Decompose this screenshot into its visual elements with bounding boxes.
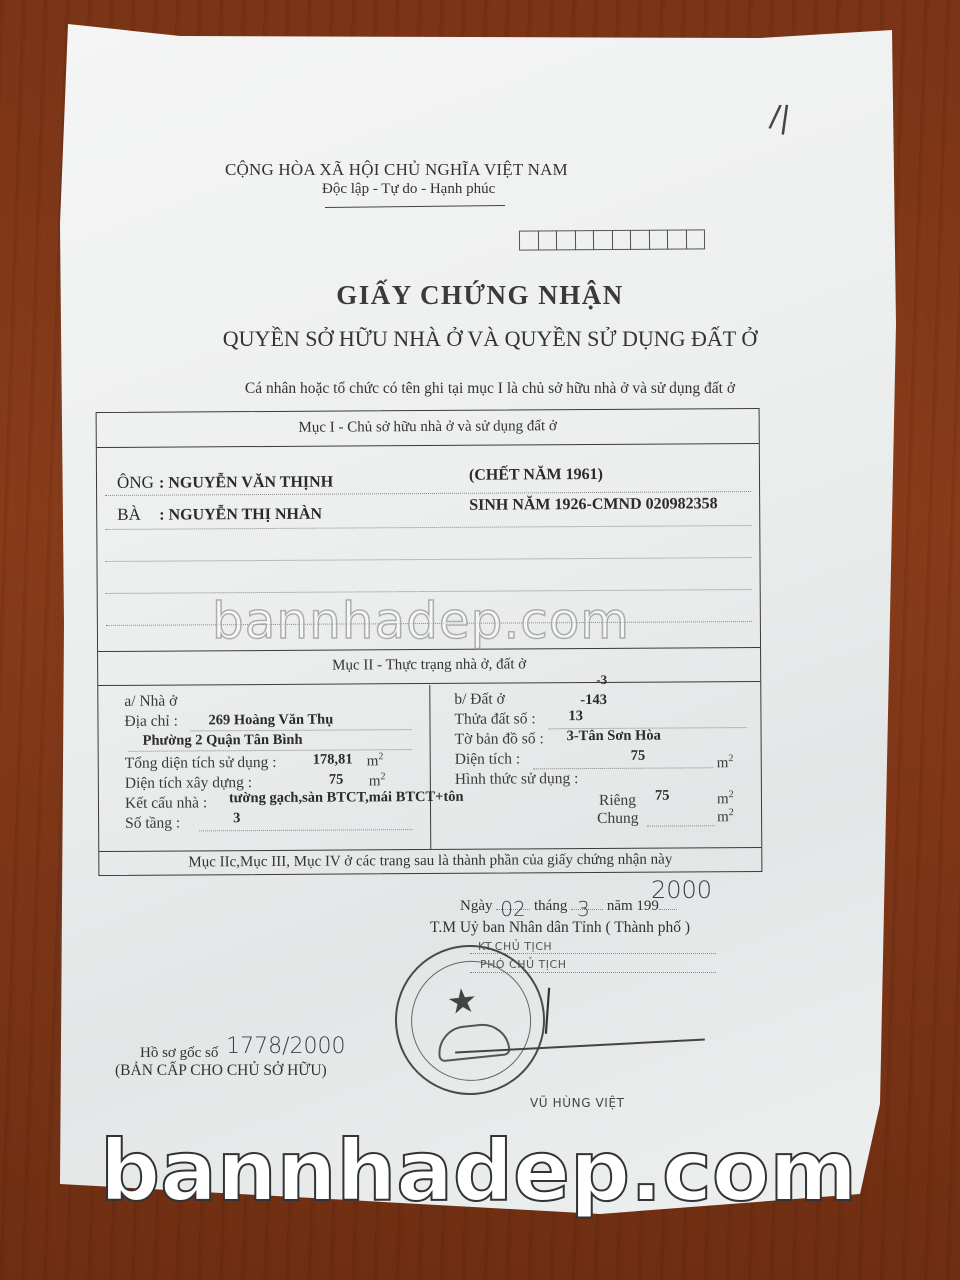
total-area-label: Tổng diện tích sử dụng : bbox=[125, 754, 277, 773]
emblem-icon bbox=[436, 1021, 511, 1062]
owner-row-wife: BÀ: NGUYỄN THỊ NHÀN bbox=[117, 504, 322, 525]
plot-value: 13 bbox=[568, 708, 583, 725]
floors-label: Số tầng : bbox=[125, 815, 180, 833]
divider bbox=[97, 443, 759, 448]
usage-label: Hình thức sử dụng : bbox=[455, 770, 579, 789]
fold-line bbox=[58, 120, 59, 1140]
day-label: Ngày bbox=[460, 898, 493, 914]
owner-note: SINH NĂM 1926-CMND 020982358 bbox=[469, 495, 718, 515]
total-area-value: 178,81 bbox=[313, 751, 353, 768]
address-line-1: 269 Hoàng Văn Thụ bbox=[208, 712, 333, 730]
dotted-line bbox=[105, 525, 751, 530]
nation-motto: Độc lập - Tự do - Hạnh phúc bbox=[322, 181, 495, 198]
unit-m2: m2 bbox=[717, 807, 734, 826]
private-value: 75 bbox=[655, 788, 670, 805]
land-column: b/ Đất ở -3 -143 Thửa đất số : 13 Tờ bản… bbox=[430, 683, 761, 849]
serial-number-boxes bbox=[520, 229, 705, 250]
handwritten-month: 3 bbox=[577, 897, 590, 921]
unit-m2: m2 bbox=[717, 789, 734, 808]
signer-name: VŨ HÙNG VIỆT bbox=[530, 1096, 625, 1110]
dotted-line bbox=[199, 829, 412, 831]
shared-label: Chung bbox=[597, 810, 638, 828]
unit-m2: m2 bbox=[717, 753, 734, 772]
unit-m2: m2 bbox=[369, 771, 386, 790]
watermark-bottom: bannhadep.com bbox=[100, 1122, 857, 1220]
structure-label: Kết cấu nhà : bbox=[125, 794, 207, 813]
section-2-heading: Mục II - Thực trạng nhà ở, đất ở bbox=[98, 655, 760, 676]
address-line-2: Phường 2 Quận Tân Bình bbox=[143, 732, 303, 750]
dossier-label: Hồ sơ gốc số bbox=[140, 1045, 218, 1061]
owner-role: ÔNG bbox=[117, 473, 159, 493]
section-1-heading: Mục I - Chủ sở hữu nhà ở và sử dụng đất … bbox=[97, 417, 759, 438]
star-icon: ★ bbox=[445, 980, 479, 1023]
owner-name: : NGUYỄN VĂN THỊNH bbox=[159, 474, 333, 492]
land-heading: b/ Đất ở bbox=[454, 691, 504, 709]
owner-role: BÀ bbox=[117, 505, 159, 525]
owner-name: : NGUYỄN THỊ NHÀN bbox=[159, 506, 322, 524]
year-label: năm 199 bbox=[607, 898, 659, 914]
house-column: a/ Nhà ở Địa chỉ : 269 Hoàng Văn Thụ Phư… bbox=[98, 685, 431, 851]
dotted-line bbox=[647, 825, 715, 826]
structure-value: tường gạch,sàn BTCT,mái BTCT+tôn bbox=[229, 789, 464, 807]
owner-row-husband: ÔNG: NGUYỄN VĂN THỊNH bbox=[117, 472, 333, 493]
land-area-value: 75 bbox=[631, 748, 646, 765]
plot-label: Thửa đất số : bbox=[454, 710, 535, 728]
unit-m2: m2 bbox=[367, 751, 384, 770]
nation-header: CỘNG HÒA XÃ HỘI CHỦ NGHĨA VIỆT NAM bbox=[225, 160, 625, 180]
land-annotation-sup: -3 bbox=[596, 672, 607, 688]
dotted-line bbox=[533, 767, 713, 769]
handwritten-day: 02 bbox=[500, 897, 525, 921]
committee-label: T.M Uỷ ban Nhân dân Tỉnh ( Thành phố ) bbox=[430, 919, 690, 937]
land-area-label: Diện tích : bbox=[455, 750, 521, 768]
map-sheet-value: 3-Tân Sơn Hòa bbox=[567, 728, 661, 746]
owner-note: (CHẾT NĂM 1961) bbox=[469, 466, 603, 485]
document-title: GIẤY CHỨNG NHẬN bbox=[0, 280, 960, 311]
house-heading: a/ Nhà ở bbox=[124, 693, 177, 711]
address-label: Địa chỉ : bbox=[124, 713, 177, 731]
private-label: Riêng bbox=[599, 792, 636, 810]
dossier-number: Hồ sơ gốc số 1778/2000 bbox=[140, 1038, 342, 1063]
dotted-line bbox=[105, 557, 751, 562]
land-annotation: -143 bbox=[580, 692, 607, 709]
handwritten-dossier-value: 1778/2000 bbox=[226, 1034, 345, 1059]
copy-label: (BẢN CẤP CHO CHỦ SỞ HỮU) bbox=[115, 1062, 327, 1080]
issue-date: Ngày 02 tháng 3 năm 199 bbox=[460, 898, 677, 915]
floors-value: 3 bbox=[233, 810, 240, 827]
signature-mark: | bbox=[538, 980, 557, 1035]
build-area-value: 75 bbox=[329, 772, 344, 789]
footer-note: Mục IIc,Mục III, Mục IV ở các trang sau … bbox=[99, 851, 761, 872]
document-intro: Cá nhân hoặc tổ chức có tên ghi tại mục … bbox=[0, 380, 960, 398]
watermark-middle: bannhadep.com bbox=[212, 592, 630, 650]
document-subtitle: QUYỀN SỞ HỮU NHÀ Ở VÀ QUYỀN SỬ DỤNG ĐẤT … bbox=[0, 326, 960, 352]
month-label: tháng bbox=[534, 898, 567, 914]
map-sheet-label: Tờ bản đồ số : bbox=[455, 730, 544, 749]
